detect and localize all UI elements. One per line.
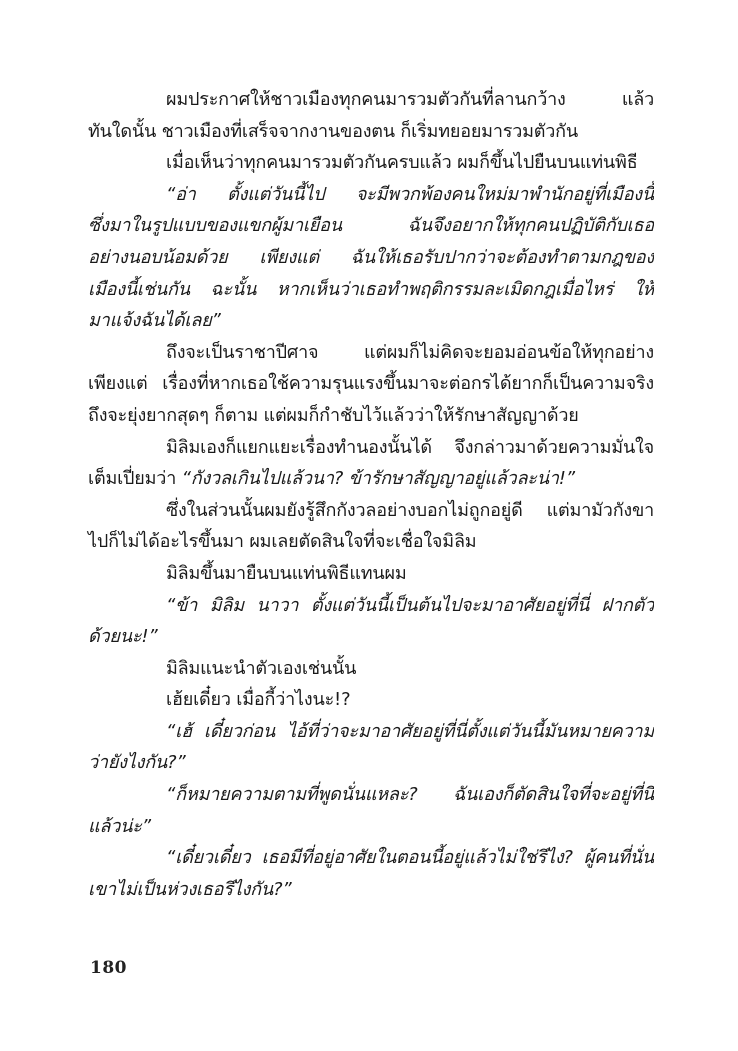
text-line: ว่ายังไงกัน?” bbox=[88, 747, 654, 779]
text-line: อย่างนอบน้อมด้วย เพียงแต่ ฉันให้เธอรับปา… bbox=[88, 242, 654, 274]
text-line: มิลิมแนะนำตัวเองเช่นนั้น bbox=[88, 653, 654, 685]
text-line: เขาไม่เป็นห่วงเธอรึไงกัน?” bbox=[88, 874, 654, 906]
text-line: ถึงจะยุ่งยากสุดๆ ก็ตาม แต่ผมก็กำชับไว้แล… bbox=[88, 400, 654, 432]
text-line: แล้วน่ะ” bbox=[88, 811, 654, 843]
text-line: เต็มเปี่ยมว่า “กังวลเกินไปแล้วนา? ข้ารัก… bbox=[88, 463, 654, 495]
text-line: มิลิมขึ้นมายืนบนแท่นพิธีแทนผม bbox=[88, 558, 654, 590]
text-line: เฮ้ยเดี๋ยว เมื่อกี้ว่าไงนะ!? bbox=[88, 684, 654, 716]
narration-text: เต็มเปี่ยมว่า bbox=[88, 468, 182, 489]
text-line: ไปก็ไม่ได้อะไรขึ้นมา ผมเลยตัดสินใจที่จะเ… bbox=[88, 526, 654, 558]
dialogue-text: “กังวลเกินไปแล้วนา? ข้ารักษาสัญญาอยู่แล้… bbox=[182, 468, 575, 489]
text-line: มาแจ้งฉันได้เลย” bbox=[88, 305, 654, 337]
text-line: “ข้า มิลิม นาวา ตั้งแต่วันนี้เป็นต้นไปจะ… bbox=[88, 590, 654, 622]
text-line: “เดี๋ยวเดี๋ยว เธอมีที่อยู่อาศัยในตอนนี้อ… bbox=[88, 842, 654, 874]
text-line: “ก็หมายความตามที่พูดนั่นแหละ? ฉันเองก็ตั… bbox=[88, 779, 654, 811]
text-line: “เฮ้ เดี๋ยวก่อน ไอ้ที่ว่าจะมาอาศัยอยู่ที… bbox=[88, 716, 654, 748]
text-line: ถึงจะเป็นราชาปีศาจ แต่ผมก็ไม่คิดจะยอมอ่อ… bbox=[88, 337, 654, 369]
text-line: “อ่า ตั้งแต่วันนี้ไป จะมีพวกพ้องคนใหม่มา… bbox=[88, 179, 654, 211]
text-line: เมืองนี้เช่นกัน ฉะนั้น หากเห็นว่าเธอทำพฤ… bbox=[88, 274, 654, 306]
text-line: ซึ่งมาในรูปแบบของแขกผู้มาเยือน ฉันจึงอยา… bbox=[88, 210, 654, 242]
text-line: มิลิมเองก็แยกแยะเรื่องทำนองนั้นได้ จึงกล… bbox=[88, 432, 654, 464]
page-number: 180 bbox=[90, 958, 127, 978]
text-line: ผมประกาศให้ชาวเมืองทุกคนมารวมตัวกันที่ลา… bbox=[88, 84, 654, 116]
body-text: ผมประกาศให้ชาวเมืองทุกคนมารวมตัวกันที่ลา… bbox=[88, 84, 654, 905]
text-line: ทันใดนั้น ชาวเมืองที่เสร็จจากงานของตน ก็… bbox=[88, 116, 654, 148]
book-page: ผมประกาศให้ชาวเมืองทุกคนมารวมตัวกันที่ลา… bbox=[0, 0, 738, 1051]
text-line: เพียงแต่ เรื่องที่หากเธอใช้ความรุนแรงขึ้… bbox=[88, 368, 654, 400]
text-line: เมื่อเห็นว่าทุกคนมารวมตัวกันครบแล้ว ผมก็… bbox=[88, 147, 654, 179]
text-line: ซึ่งในส่วนนั้นผมยังรู้สึกกังวลอย่างบอกไม… bbox=[88, 495, 654, 527]
text-line: ด้วยนะ!” bbox=[88, 621, 654, 653]
